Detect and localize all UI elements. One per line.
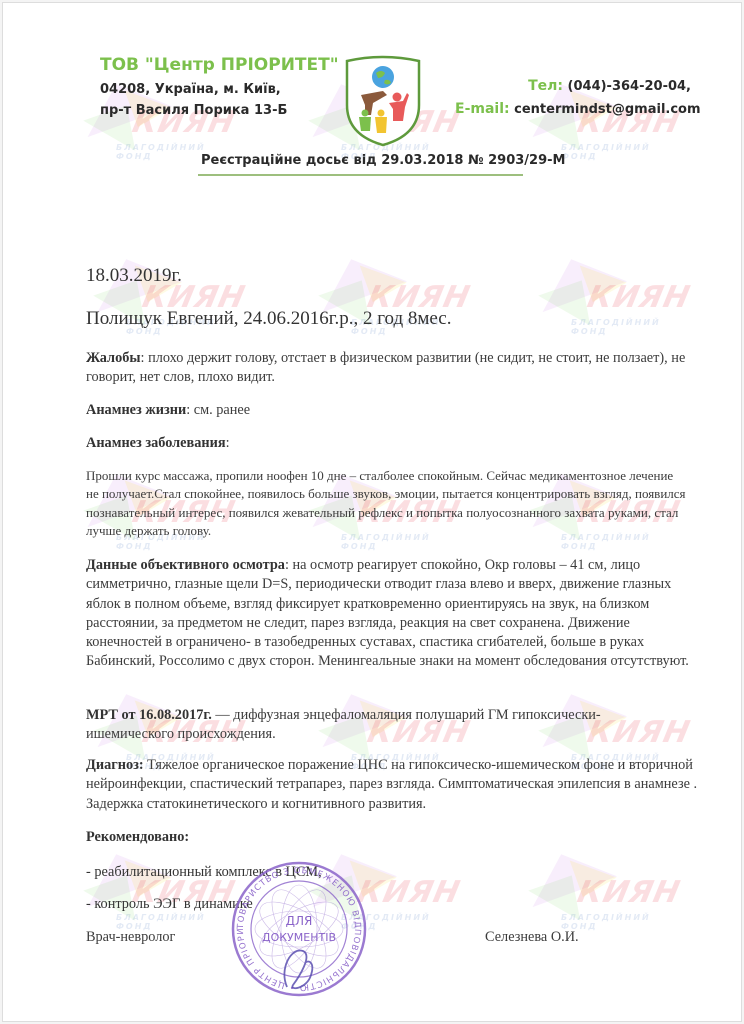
anamnesis-disease-text: Прошли курс массажа, пропили ноофен 10 д… [86, 467, 686, 540]
kiyan-watermark: КИЯНБЛАГОДІЙНИЙ ФОНД [533, 258, 663, 338]
diagnosis-text: Тяжелое органическое поражение ЦНС на ги… [86, 757, 697, 812]
anamnesis-life-text: : см. ранее [186, 402, 250, 418]
stamp-center-line1: ДЛЯ [286, 914, 313, 928]
header-divider [198, 174, 523, 176]
mri-label: МРТ от 16.08.2017г. [86, 707, 212, 723]
recommendation-item: - контроль ЭЭГ в динамике [86, 896, 253, 913]
org-contacts: Тел: (044)-364-20-04, E-mail: centermind… [455, 75, 691, 121]
phone-line: Тел: (044)-364-20-04, [455, 75, 691, 98]
patient-info: Полищук Евгений, 24.06.2016г.р., 2 год 8… [86, 308, 452, 330]
official-stamp-icon: ТОВАРИСТВО З ОБМЕЖЕНОЮ ВІДПОВІДАЛЬНІСТЮ … [229, 859, 369, 999]
email-value: centermindst@gmail.com [514, 102, 700, 117]
document-date: 18.03.2019г. [86, 265, 182, 287]
complaints-text: : плохо держит голову, отстает в физичес… [86, 350, 685, 385]
stamp-center-line2: ДОКУМЕНТІВ [262, 931, 336, 944]
org-name: ТОВ "Центр ПРІОРИТЕТ" [100, 55, 339, 75]
phone-label: Тел: [528, 78, 563, 94]
diagnosis-section: Диагноз: Тяжелое органическое поражение … [86, 756, 698, 814]
exam-text: : на осмотр реагирует спокойно, Окр голо… [86, 557, 689, 669]
phone-value: (044)-364-20-04, [568, 79, 691, 94]
org-address-line1: 04208, Україна, м. Київ, [100, 79, 339, 100]
org-header-left: ТОВ "Центр ПРІОРИТЕТ" 04208, Україна, м.… [100, 55, 339, 121]
exam-section: Данные объективного осмотра: на осмотр р… [86, 556, 698, 672]
shield-globe-family-logo-icon [343, 55, 423, 147]
exam-label: Данные объективного осмотра [86, 557, 285, 573]
diagnosis-label: Диагноз: [86, 757, 144, 773]
complaints-label: Жалобы [86, 350, 141, 366]
document-page: КИЯНБЛАГОДІЙНИЙ ФОНДКИЯНБЛАГОДІЙНИЙ ФОНД… [2, 2, 742, 1022]
recommended-label: Рекомендовано: [86, 829, 189, 846]
registration-line: Реєстраційне досьє від 29.03.2018 № 2903… [201, 153, 565, 168]
email-label: E-mail: [455, 101, 510, 117]
kiyan-watermark: КИЯНБЛАГОДІЙНИЙ ФОНД [523, 853, 653, 933]
anamnesis-disease-label: Анамнез заболевания [86, 435, 226, 451]
anamnesis-life-label: Анамнез жизни [86, 402, 186, 418]
org-address-line2: пр-т Василя Порика 13-Б [100, 100, 339, 121]
anamnesis-disease-colon: : [226, 435, 230, 451]
doctor-role: Врач-невролог [86, 929, 175, 946]
anamnesis-life-section: Анамнез жизни: см. ранее [86, 401, 696, 420]
email-line: E-mail: centermindst@gmail.com [455, 98, 691, 121]
doctor-name: Селезнева О.И. [485, 929, 579, 946]
mri-section: МРТ от 16.08.2017г. — диффузная энцефало… [86, 706, 666, 745]
anamnesis-disease-heading: Анамнез заболевания: [86, 434, 696, 453]
complaints-section: Жалобы: плохо держит голову, отстает в ф… [86, 349, 696, 388]
